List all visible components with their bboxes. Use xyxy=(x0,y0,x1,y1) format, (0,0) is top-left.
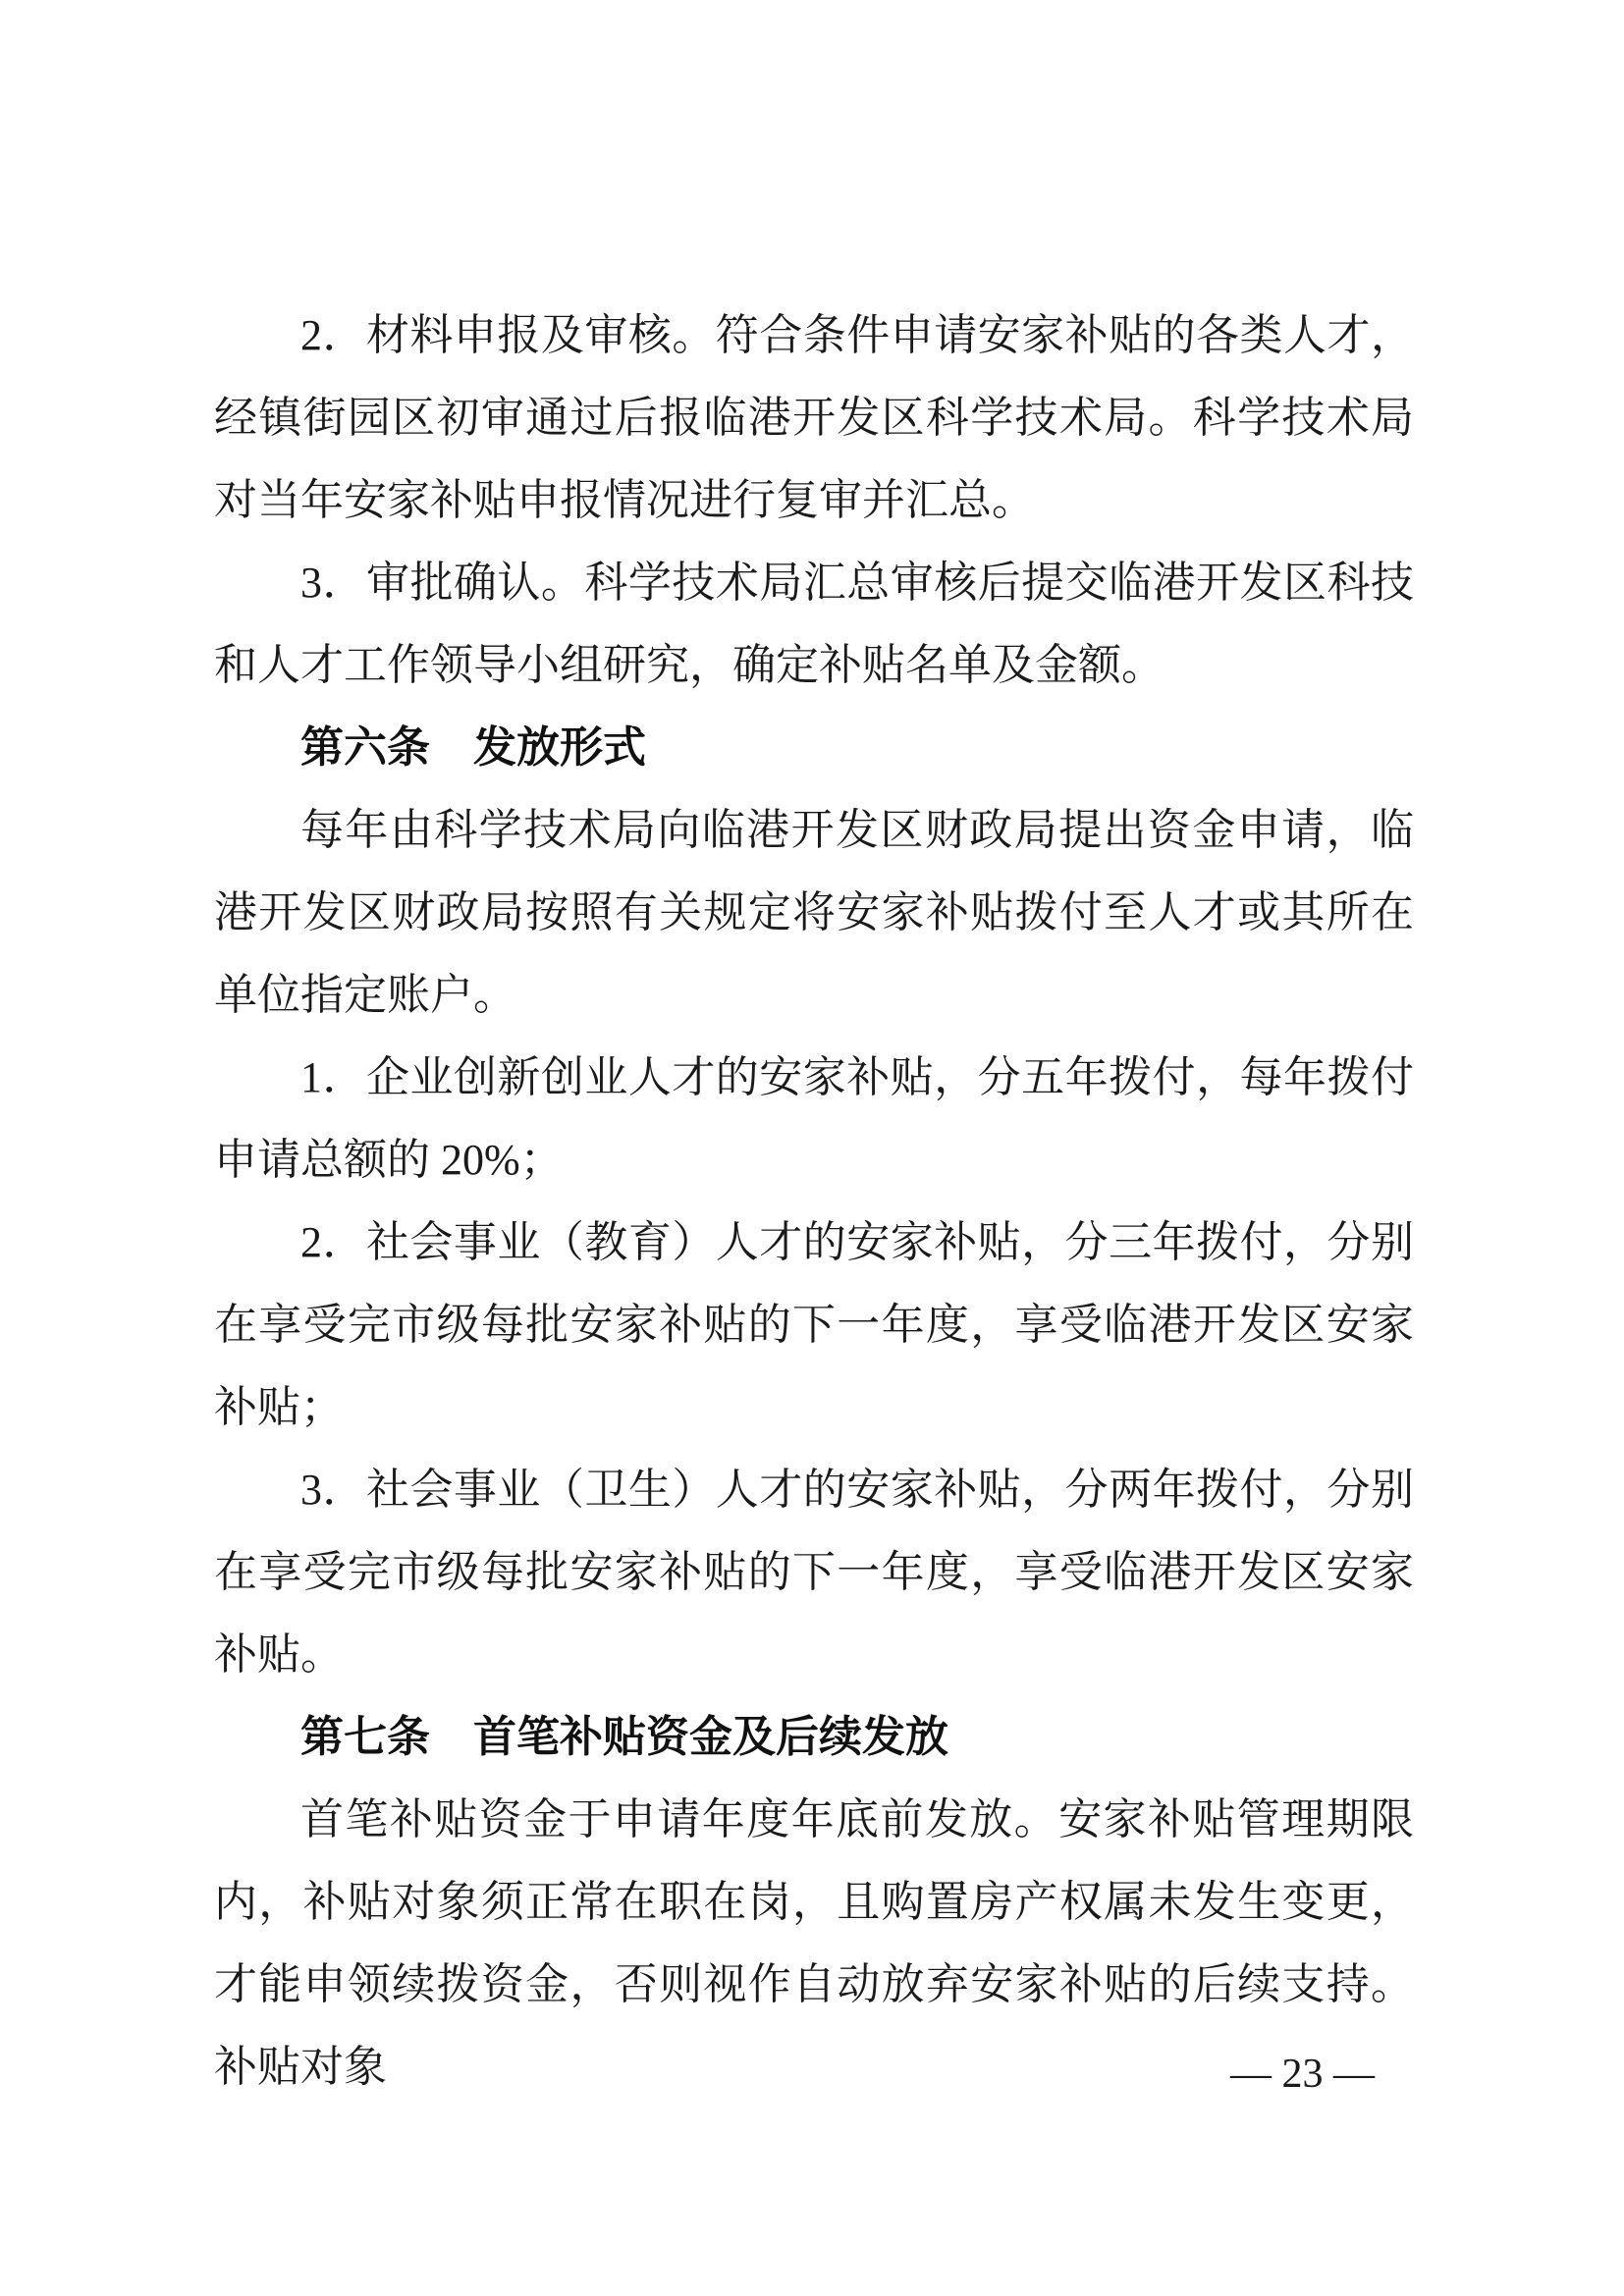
paragraph-article-6-item-2: 2．社会事业（教育）人才的安家补贴，分三年拨付，分别在享受完市级每批安家补贴的下… xyxy=(214,1201,1414,1449)
document-body: 2．材料申报及审核。符合条件申请安家补贴的各类人才，经镇街园区初审通过后报临港开… xyxy=(214,294,1414,2109)
paragraph-article-6-intro: 每年由科学技术局向临港开发区财政局提出资金申请，临港开发区财政局按照有关规定将安… xyxy=(214,789,1414,1037)
document-page: 2．材料申报及审核。符合条件申请安家补贴的各类人才，经镇街园区初审通过后报临港开… xyxy=(0,0,1624,2296)
page-number: — 23 — xyxy=(1230,2050,1375,2099)
paragraph-step-3-approval: 3．审批确认。科学技术局汇总审核后提交临港开发区科技和人才工作领导小组研究，确定… xyxy=(214,542,1414,707)
paragraph-article-6-item-3: 3．社会事业（卫生）人才的安家补贴，分两年拨付，分别在享受完市级每批安家补贴的下… xyxy=(214,1449,1414,1696)
section-heading-article-7: 第七条 首笔补贴资金及后续发放 xyxy=(214,1696,1414,1779)
paragraph-step-2-material-review: 2．材料申报及审核。符合条件申请安家补贴的各类人才，经镇街园区初审通过后报临港开… xyxy=(214,294,1414,542)
paragraph-article-6-item-1: 1．企业创新创业人才的安家补贴，分五年拨付，每年拨付申请总额的 20%； xyxy=(214,1037,1414,1201)
section-heading-article-6: 第六条 发放形式 xyxy=(214,707,1414,789)
